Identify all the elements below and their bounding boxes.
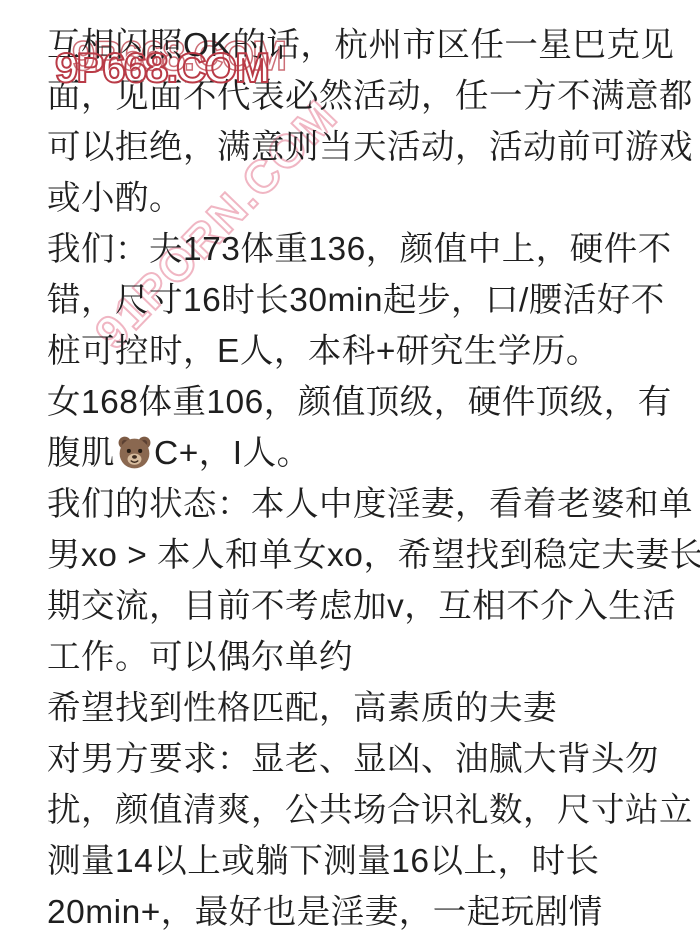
text-line: 或小酌。 <box>47 173 700 224</box>
text-line: 可以拒绝，满意则当天活动，活动前可游戏 <box>47 122 700 173</box>
text-line: 工作。可以偶尔单约 <box>47 632 700 683</box>
text-line: 女168体重106，颜值顶级，硬件顶级，有 <box>47 377 700 428</box>
text-segment: C+，I人。 <box>154 435 311 472</box>
text-line: 扰，颜值清爽，公共场合识礼数，尺寸站立 <box>47 785 700 836</box>
bear-emoji-icon <box>116 434 153 471</box>
text-line: 20min+，最好也是淫妻，一起玩剧情 <box>47 887 700 938</box>
post-text-body: 互相闪照OK的话，杭州市区任一星巴克见 面，见面不代表必然活动，任一方不满意都 … <box>47 20 700 938</box>
text-line-with-emoji: 腹肌 C+，I人。 <box>47 428 700 479</box>
text-line: 错，尺寸16时长30min起步，口/腰活好不 <box>47 275 700 326</box>
text-line: 男xo > 本人和单女xo，希望找到稳定夫妻长 <box>47 530 700 581</box>
text-line: 我们：夫173体重136，颜值中上，硬件不 <box>47 224 700 275</box>
screenshot-page: 91PORN.COM 9P668.COM 互相闪照OK的话，杭州市区任一星巴克见… <box>0 0 700 942</box>
text-line: 桩可控时，E人，本科+研究生学历。 <box>47 326 700 377</box>
text-line: 测量14以上或躺下测量16以上，时长 <box>47 836 700 887</box>
text-line: 期交流，目前不考虑加v，互相不介入生活 <box>47 581 700 632</box>
text-line: 互相闪照OK的话，杭州市区任一星巴克见 <box>47 20 700 71</box>
text-line: 希望找到性格匹配，高素质的夫妻 <box>47 683 700 734</box>
text-segment: 腹肌 <box>47 435 115 472</box>
text-line: 面，见面不代表必然活动，任一方不满意都 <box>47 71 700 122</box>
text-line: 对男方要求：显老、显凶、油腻大背头勿 <box>47 734 700 785</box>
text-line: 我们的状态：本人中度淫妻，看着老婆和单 <box>47 479 700 530</box>
